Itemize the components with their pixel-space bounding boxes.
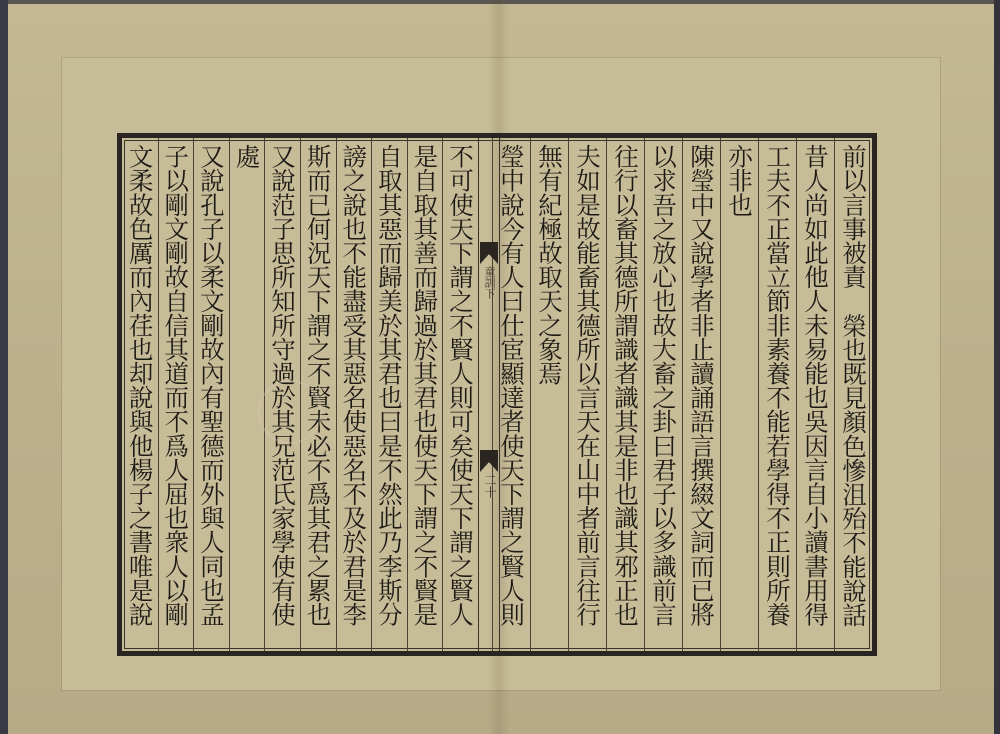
text-column: 文柔故色厲而內荏也却說與他楊子之書唯是說 [122,138,158,651]
printed-block-frame: 前以言事被責𢇍榮也既見顏色慘沮殆不能說話 昔人尚如此他人未易能也吳因言自小讀書用… [117,133,877,656]
lower-fishtail-icon [480,450,498,472]
text-column: 亦非也 [720,138,758,651]
page-number: 二十 [482,474,499,498]
text-column: 自取其惡而歸美於其君也曰是不然此乃李斯分 [371,138,407,651]
scan-edge-right [994,0,1000,734]
text-column: 工夫不正當立節非素養不能若學得不正則所養 [758,138,796,651]
volume-label: 下 [483,288,496,299]
text-column: 無有紀極故取天之象焉 [530,138,568,651]
text-column: 不可使天下謂之不賢人則可矣使天下謂之賢人 [442,138,478,651]
block-mouth: 童訓下 二十 [478,138,500,651]
text-column: 又說孔子以柔文剛故內有聖德而外與人同也孟 [193,138,229,651]
text-column: 往行以畜其德所謂識者識其是非也識其邪正也 [606,138,644,651]
text-column: 陳瑩中又說學者非止讀誦語言撰綴文詞而已將 [682,138,720,651]
scan-edge-left [0,0,8,734]
text-column: 昔人尚如此他人未易能也吳因言自小讀書用得 [796,138,834,651]
text-column: 謗之說也不能盡受其惡名使惡名不及於君是李 [336,138,372,651]
right-half-page: 前以言事被責𢇍榮也既見顏色慘沮殆不能說話 昔人尚如此他人未易能也吳因言自小讀書用… [492,138,872,651]
text-column: 子以剛文剛故自信其道而不爲人屈也衆人以剛 [158,138,194,651]
faded-seal-mark [258,380,322,444]
text-column: 夫如是故能畜其德所以言天在山中者前言往行 [568,138,606,651]
upper-fishtail-icon [480,242,498,264]
book-title: 童訓 [483,266,496,288]
text-column: 是自取其善而歸過於其君也使天下謂之不賢是 [407,138,443,651]
text-column: 以求吾之放心也故大畜之卦曰君子以多識前言 [644,138,682,651]
text-column: 前以言事被責𢇍榮也既見顏色慘沮殆不能說話 [834,138,872,651]
block-mouth-title: 童訓下 [481,266,497,299]
text-column: 處 [229,138,265,651]
